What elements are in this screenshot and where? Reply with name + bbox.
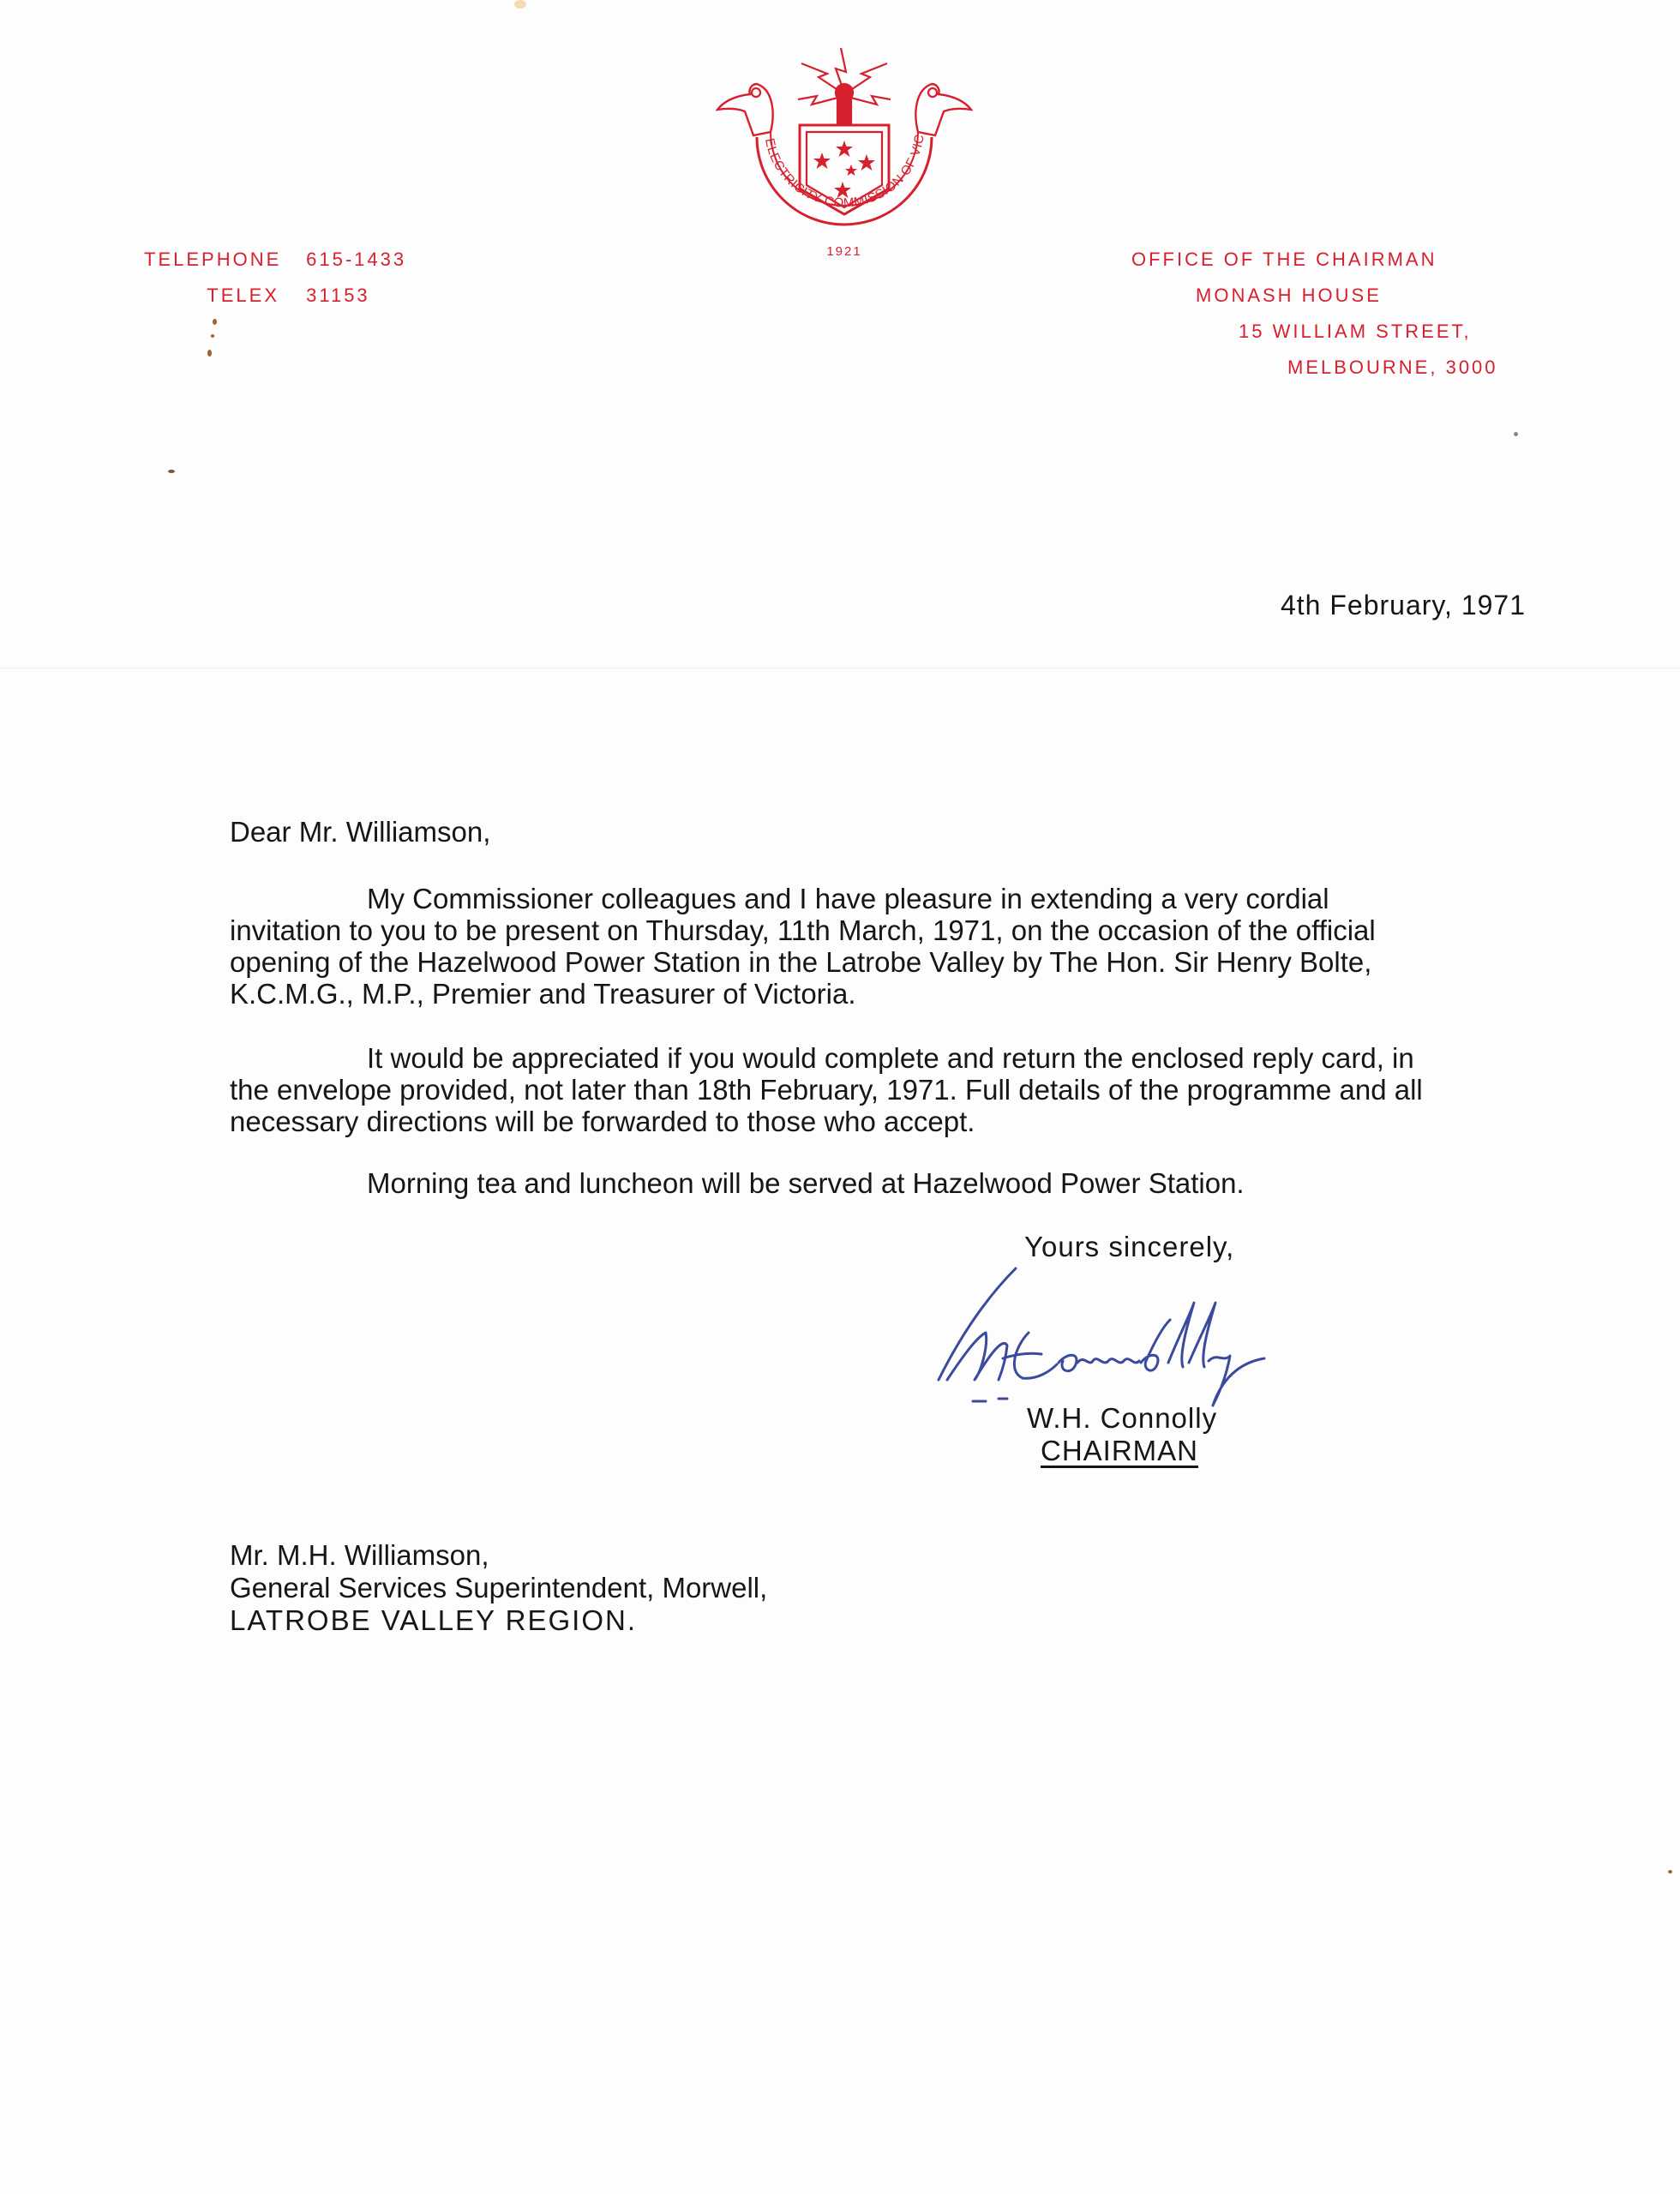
paper-stain — [514, 0, 526, 9]
recipient-region: LATROBE VALLEY REGION. — [230, 1604, 767, 1637]
handwritten-signature — [921, 1251, 1359, 1414]
paper-speck — [1514, 432, 1518, 436]
telex-number: 31153 — [306, 285, 370, 306]
address-line-office: OFFICE OF THE CHAIRMAN — [1131, 242, 1498, 278]
paper-speck — [213, 319, 217, 325]
recipient-address-block: Mr. M.H. Williamson, General Services Su… — [230, 1539, 767, 1637]
crest-year: 1921 — [826, 244, 861, 259]
telephone-line: TELEPHONE 615-1433 — [144, 242, 406, 278]
paragraph-reply-request: It would be appreciated if you would com… — [230, 1042, 1447, 1137]
telephone-label: TELEPHONE — [144, 242, 279, 278]
telex-label: TELEX — [144, 278, 279, 314]
paper-speck — [1668, 1870, 1672, 1873]
svg-text:STATE ELECTRICITY COMMISSION O: STATE ELECTRICITY COMMISSION OF VICTORIA — [716, 43, 927, 211]
paragraph-3-text: Morning tea and luncheon will be served … — [230, 1167, 1447, 1199]
paper-speck — [168, 470, 175, 473]
telephone-number: 615-1433 — [306, 249, 406, 270]
paragraph-2-text: It would be appreciated if you would com… — [230, 1042, 1447, 1137]
signer-title: CHAIRMAN — [1041, 1435, 1198, 1467]
signer-name: W.H. Connolly — [1027, 1402, 1217, 1435]
telex-line: TELEX 31153 — [144, 278, 406, 314]
salutation: Dear Mr. Williamson, — [230, 816, 1447, 848]
paragraph-invitation: My Commissioner colleagues and I have pl… — [230, 883, 1447, 1010]
letterhead-contact: TELEPHONE 615-1433 TELEX 31153 — [144, 242, 406, 314]
letter-date: 4th February, 1971 — [1281, 590, 1526, 621]
salutation-text: Dear Mr. Williamson, — [230, 816, 1447, 848]
paper-fold-line — [0, 667, 1680, 669]
sec-victoria-crest-logo: STATE ELECTRICITY COMMISSION OF VICTORIA… — [716, 43, 973, 266]
paragraph-1-text: My Commissioner colleagues and I have pl… — [230, 883, 1447, 1010]
paper-speck — [211, 334, 214, 338]
paragraph-refreshments: Morning tea and luncheon will be served … — [230, 1167, 1447, 1199]
recipient-position: General Services Superintendent, Morwell… — [230, 1572, 767, 1604]
address-line-building: MONASH HOUSE — [1196, 278, 1498, 314]
signer-block: W.H. Connolly CHAIRMAN — [1027, 1402, 1217, 1467]
address-line-street: 15 WILLIAM STREET, — [1239, 314, 1498, 350]
address-line-city: MELBOURNE, 3000 — [1287, 350, 1498, 386]
letterhead-address: OFFICE OF THE CHAIRMAN MONASH HOUSE 15 W… — [1131, 242, 1498, 386]
recipient-name: Mr. M.H. Williamson, — [230, 1539, 767, 1572]
paper-speck — [207, 350, 212, 357]
